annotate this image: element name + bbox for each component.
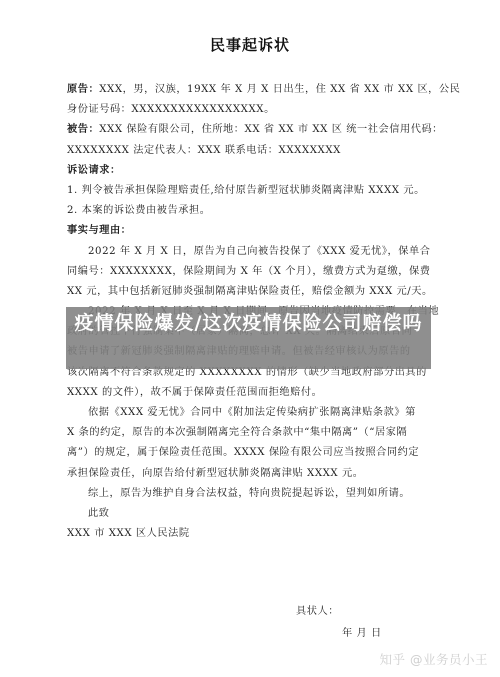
- facts-line: 2022 年 X 月 X 日，原告为自己向被告投保了《XXX 爱无忧》，保单合: [67, 242, 439, 262]
- defendant-info: XXX 保险有限公司，住所地：XX 省 XX 市 XX 区 统一社会信用代码：: [99, 124, 443, 135]
- plaintiff-line-1: 原告：XXX，男，汉族，19XX 年 X 月 X 日出生，住 XX 省 XX 市…: [67, 80, 439, 100]
- document-title: 民事起诉状: [0, 34, 500, 55]
- claim-item: 1. 判令被告承担保险理赔责任,给付原告新型冠状肺炎隔离津贴 XXXX 元。: [67, 181, 439, 201]
- salutation: 此致: [67, 504, 439, 524]
- petitioner-label: 具状人：: [296, 602, 339, 617]
- court-name: XXX 市 XXX 区人民法院: [67, 524, 439, 544]
- defendant-line-1: 被告：XXX 保险有限公司，住所地：XX 省 XX 市 XX 区 统一社会信用代…: [67, 120, 439, 140]
- facts-line: X 条的约定，原告的本次强制隔离完全符合条款中“集中隔离”（“居家隔: [67, 423, 439, 443]
- claims-heading: 诉讼请求：: [67, 161, 439, 181]
- defendant-label: 被告：: [67, 124, 99, 135]
- plaintiff-label: 原告：: [67, 84, 99, 95]
- facts-line: 依据《XXX 爱无忧》合同中《附加法定传染病扩张隔离津贴条款》第: [67, 403, 439, 423]
- facts-heading: 事实与理由：: [67, 221, 439, 241]
- summary-line: 综上，原告为维护自身合法权益，特向贵院提起诉讼，望判如所请。: [67, 484, 439, 504]
- headline-text: 疫情保险爆发/这次疫情保险公司赔偿吗: [66, 307, 431, 337]
- date-label: 年 月 日: [342, 624, 382, 639]
- plaintiff-info: XXX，男，汉族，19XX 年 X 月 X 日出生，住 XX 省 XX 市 XX…: [99, 84, 460, 95]
- facts-line: 承担保险责任，向原告给付新型冠状肺炎隔离津贴 XXXX 元。: [67, 464, 439, 484]
- document-page: 民事起诉状 原告：XXX，男，汉族，19XX 年 X 月 X 日出生，住 XX …: [0, 0, 500, 677]
- plaintiff-line-2: 身份证号码：XXXXXXXXXXXXXXXXX。: [67, 100, 439, 120]
- facts-line: XX 元，其中包括新冠肺炎强制隔离津贴保险责任，赔偿金额为 XXX 元/天。: [67, 282, 439, 302]
- facts-line: 同编号：XXXXXXXX，保险期间为 X 年（X 个月），缴费方式为趸缴，保费: [67, 262, 439, 282]
- facts-line: 离”）的规定，属于保险责任范围。XXXX 保险有限公司应当按照合同约定: [67, 443, 439, 463]
- zhihu-watermark: 知乎 @业务员小王: [380, 650, 488, 668]
- defendant-line-2: XXXXXXXX 法定代表人：XXX 联系电话：XXXXXXXX: [67, 141, 439, 161]
- claim-item: 2. 本案的诉讼费由被告承担。: [67, 201, 439, 221]
- facts-line: XXXX 的文件），故不属于保障责任范围而拒绝赔付。: [67, 383, 439, 403]
